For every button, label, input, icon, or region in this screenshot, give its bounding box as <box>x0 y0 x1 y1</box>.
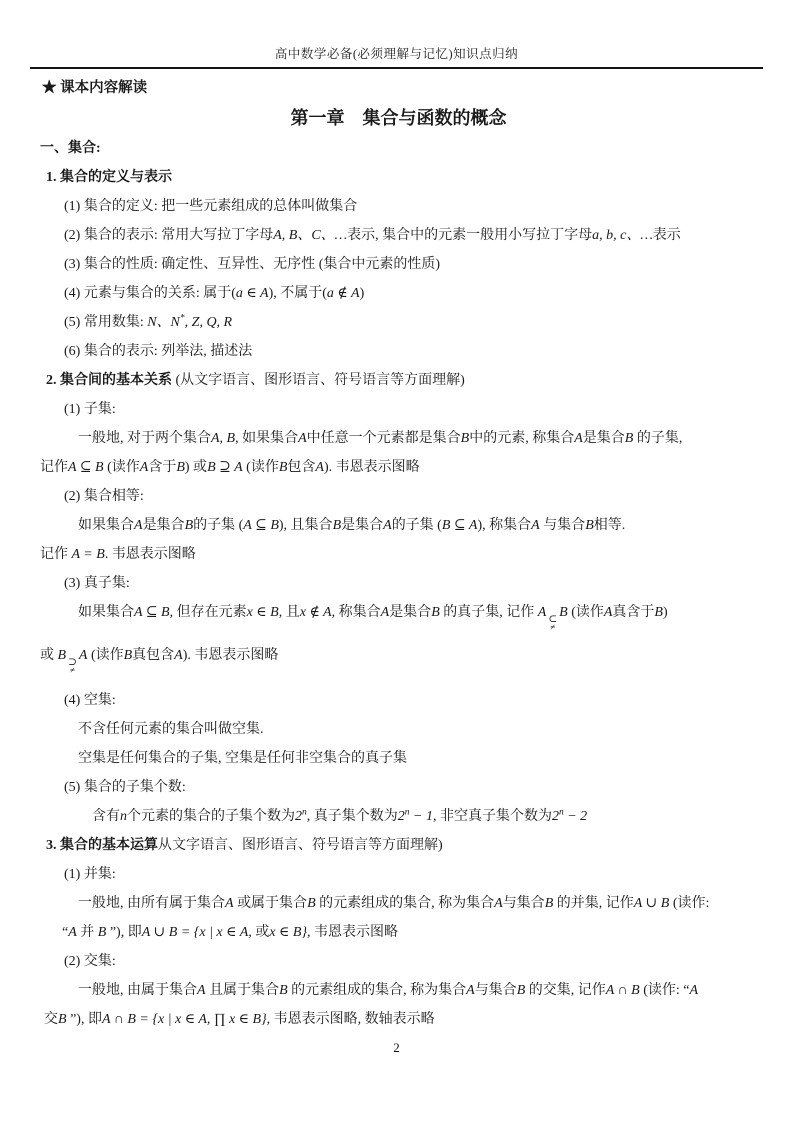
text-run: ), 且集合 <box>279 518 333 533</box>
math-run: A = B <box>72 547 105 562</box>
math-run: A ⊆ B <box>68 460 104 475</box>
section-2: 2. 集合间的基本关系 (从文字语言、图形语言、符号语言等方面理解) <box>46 370 757 392</box>
text-run: (5) 集合的子集个数: <box>64 780 186 795</box>
text-run: 是集合 <box>143 518 185 533</box>
text-run: 记作 <box>40 460 68 475</box>
item-2-3: (3) 真子集: <box>64 573 757 595</box>
text-run: (读作 <box>104 460 140 475</box>
para-proper-2: 或 B⊃≠A (读作B真包含A). 韦恩表示图略 <box>40 645 757 674</box>
text-run: 与集合 <box>540 518 586 533</box>
text-run: (2) 交集: <box>64 954 116 969</box>
item-1-2: (2) 集合的表示: 常用大写拉丁字母A, B、C、…表示, 集合中的元素一般用… <box>64 225 757 247</box>
text-run: 一般地, 对于两个集合 <box>78 431 211 446</box>
text-run: 的交集, 记作 <box>525 983 606 998</box>
text-run: 一般地, 由所有属于集合 <box>78 896 225 911</box>
text-run: 是集合 <box>583 431 625 446</box>
para-union: 一般地, 由所有属于集合A 或属于集合B 的元素组成的集合, 称为集合A与集合B… <box>78 893 757 915</box>
text-run: 的元素组成的集合, 称为集合 <box>288 983 467 998</box>
item-2-1: (1) 子集: <box>64 399 757 421</box>
math-run: A ∩ B <box>606 983 640 998</box>
text-run: 的子集, <box>633 431 682 446</box>
math-run: 2 <box>295 809 302 824</box>
math-run: N、N <box>147 315 180 330</box>
text-run: 表示, 集合中的元素一般用小写拉丁字母 <box>347 228 592 243</box>
text-run: 2. 集合间的基本关系 <box>46 373 172 388</box>
math-run: A, B <box>211 431 235 446</box>
text-run: 不含任何元素的集合叫做空集. <box>78 722 264 737</box>
page-header: 高中数学必备(必须理解与记忆)知识点归纳 <box>0 0 793 62</box>
text-run: 或 <box>255 925 269 940</box>
text-run: , 如果集合 <box>235 431 298 446</box>
math-run: x ∈ B} <box>269 925 307 940</box>
text-run: 交 <box>44 1012 58 1027</box>
math-run: A <box>574 431 583 446</box>
item-1-5: (5) 常用数集: N、N*, Z, Q, R <box>64 312 757 334</box>
math-run: A <box>689 983 698 998</box>
math-run: A <box>197 983 206 998</box>
text-run: 第一章 集合与函数的概念 <box>291 108 507 128</box>
math-run: B <box>517 983 526 998</box>
text-run: ★ 课本内容解读 <box>42 80 147 96</box>
text-run: (6) 集合的表示: 列举法, 描述法 <box>64 344 252 359</box>
text-run: ) 或 <box>185 460 207 475</box>
text-run: 含于 <box>148 460 176 475</box>
para-union-2: “A 并 B ”), 即A ∪ B = {x | x ∈ A, 或x ∈ B},… <box>62 922 757 944</box>
text-run: 或属于集合 <box>234 896 308 911</box>
math-run: B <box>279 983 288 998</box>
item-3-1: (1) 并集: <box>64 864 757 886</box>
text-run: , 非空真子集个数为 <box>433 809 552 824</box>
document-body: ★ 课本内容解读第一章 集合与函数的概念一、集合:1. 集合的定义与表示(1) … <box>0 69 793 1031</box>
text-run: 一、集合: <box>40 141 101 156</box>
text-run: (3) 真子集: <box>64 576 130 591</box>
text-run: , 韦恩表示图略, 数轴表示略 <box>267 1012 435 1027</box>
math-run: {x | x ∈ A, ∏ x ∈ B} <box>152 1012 266 1027</box>
math-run: A ∪ B = <box>142 925 194 940</box>
note-star: ★ 课本内容解读 <box>42 77 757 99</box>
math-run: A <box>315 460 324 475</box>
math-run: A <box>381 605 390 620</box>
item-1-1: (1) 集合的定义: 把一些元素组成的总体叫做集合 <box>64 196 757 218</box>
chapter-title: 第一章 集合与函数的概念 <box>40 106 757 130</box>
math-run: B ⊇ A <box>207 460 243 475</box>
math-run: A <box>134 518 143 533</box>
text-run: 相等. <box>594 518 626 533</box>
text-run: (读作 <box>243 460 279 475</box>
math-run: n <box>120 809 127 824</box>
math-run: B <box>307 896 316 911</box>
math-run: A <box>68 925 77 940</box>
text-run: ”), 即 <box>106 925 141 940</box>
text-run: (从文字语言、图形语言、符号语言等方面理解) <box>172 373 465 388</box>
text-run: 如果集合 <box>78 518 134 533</box>
text-run: (读作: <box>669 896 709 911</box>
proper-subset-symbol: ⊃≠ <box>68 659 77 674</box>
text-run: , 但存在元素 <box>170 605 247 620</box>
item-1-3: (3) 集合的性质: 确定性、互异性、无序性 (集合中元素的性质) <box>64 254 757 276</box>
text-run: 并 <box>77 925 98 940</box>
proper-subset-symbol: ⊂≠ <box>548 616 557 631</box>
para-subset: 一般地, 对于两个集合A, B, 如果集合A中任意一个元素都是集合B中的元素, … <box>78 428 757 450</box>
text-run: 真包含 <box>132 648 174 663</box>
math-run: A <box>538 605 547 620</box>
section-yi: 一、集合: <box>40 138 757 160</box>
text-run: , 且 <box>279 605 300 620</box>
text-run: 一般地, 由属于集合 <box>78 983 197 998</box>
math-run: B ⊆ A <box>442 518 478 533</box>
text-run: (2) 集合的表示: 常用大写拉丁字母 <box>64 228 273 243</box>
text-run: (读作: “ <box>640 983 690 998</box>
text-run: ), 称集合 <box>477 518 531 533</box>
math-run: B <box>185 518 194 533</box>
text-run: , 真子集个数为 <box>307 809 398 824</box>
math-run: a ∉ A <box>327 286 360 301</box>
text-run: , 称集合 <box>332 605 381 620</box>
text-run: 是集合 <box>389 605 431 620</box>
text-run: ”), 即 <box>67 1012 102 1027</box>
math-run: A <box>494 896 503 911</box>
para-subset-2: 记作A ⊆ B (读作A含于B) 或B ⊇ A (读作B包含A). 韦恩表示图略 <box>40 457 757 479</box>
text-run: (4) 元素与集合的关系: 属于( <box>64 286 236 301</box>
math-run: , Z, Q, R <box>185 315 232 330</box>
text-run: (4) 空集: <box>64 693 116 708</box>
text-run: 且属于集合 <box>206 983 280 998</box>
math-run: A ∩ B = <box>102 1012 152 1027</box>
para-intersect-2: 交B ”), 即A ∩ B = {x | x ∈ A, ∏ x ∈ B}, 韦恩… <box>44 1009 757 1031</box>
item-2-5: (5) 集合的子集个数: <box>64 777 757 799</box>
item-2-2: (2) 集合相等: <box>64 486 757 508</box>
text-run: (3) 集合的性质: 确定性、互异性、无序性 (集合中元素的性质) <box>64 257 440 272</box>
text-run: 或 <box>40 648 58 663</box>
text-run: (2) 集合相等: <box>64 489 144 504</box>
text-run: 是集合 <box>341 518 383 533</box>
text-run: . 韦恩表示图略 <box>105 547 196 562</box>
math-run: B <box>545 896 554 911</box>
text-run: 的元素组成的集合, 称为集合 <box>316 896 495 911</box>
text-run: ) <box>360 286 365 301</box>
text-run: 表示 <box>653 228 681 243</box>
text-run: , 韦恩表示图略 <box>307 925 398 940</box>
text-run: ). 韦恩表示图略 <box>324 460 420 475</box>
item-2-4: (4) 空集: <box>64 690 757 712</box>
text-run: 如果集合 <box>78 605 134 620</box>
text-run: 与集合 <box>475 983 517 998</box>
item-1-4: (4) 元素与集合的关系: 属于(a ∈ A), 不属于(a ∉ A) <box>64 283 757 305</box>
math-run: B <box>431 605 440 620</box>
math-run: A <box>174 648 183 663</box>
text-run: 与集合 <box>503 896 545 911</box>
text-run: 的子集 ( <box>193 518 243 533</box>
para-count: 含有n个元素的集合的子集个数为2n, 真子集个数为2n − 1, 非空真子集个数… <box>92 806 757 828</box>
para-equal: 如果集合A是集合B的子集 (A ⊆ B), 且集合B是集合A的子集 (B ⊆ A… <box>78 515 757 537</box>
text-run: 记作 <box>40 547 72 562</box>
math-run: x ∈ B <box>247 605 279 620</box>
section-1: 1. 集合的定义与表示 <box>46 167 757 189</box>
text-run: 真含于 <box>612 605 654 620</box>
text-run: 空集是任何集合的子集, 空集是任何非空集合的真子集 <box>78 751 407 766</box>
text-run: ). 韦恩表示图略 <box>183 648 279 663</box>
para-equal-2: 记作 A = B. 韦恩表示图略 <box>40 544 757 566</box>
text-run: 包含 <box>287 460 315 475</box>
math-run: x ∉ A <box>300 605 332 620</box>
para-empty-1: 不含任何元素的集合叫做空集. <box>78 719 757 741</box>
math-run: − 1 <box>410 809 433 824</box>
text-run: 的子集 ( <box>392 518 442 533</box>
para-intersect: 一般地, 由属于集合A 且属于集合B 的元素组成的集合, 称为集合A与集合B 的… <box>78 980 757 1002</box>
math-run: B <box>58 1012 67 1027</box>
text-run: 从文字语言、图形语言、符号语言等方面理解) <box>158 838 443 853</box>
para-empty-2: 空集是任何集合的子集, 空集是任何非空集合的真子集 <box>78 748 757 770</box>
math-run: 2 <box>552 809 559 824</box>
page-number: 2 <box>0 1040 793 1056</box>
section-3: 3. 集合的基本运算从文字语言、图形语言、符号语言等方面理解) <box>46 835 757 857</box>
text-run: ) <box>663 605 668 620</box>
math-run: − 2 <box>564 809 587 824</box>
text-run: 中的元素, 称集合 <box>469 431 574 446</box>
document-page: 高中数学必备(必须理解与记忆)知识点归纳 ★ 课本内容解读第一章 集合与函数的概… <box>0 0 793 1122</box>
item-3-2: (2) 交集: <box>64 951 757 973</box>
text-run: (1) 子集: <box>64 402 116 417</box>
math-run: B <box>58 648 67 663</box>
text-run: 3. 集合的基本运算 <box>46 838 158 853</box>
math-run: A <box>466 983 475 998</box>
text-run: (1) 集合的定义: 把一些元素组成的总体叫做集合 <box>64 199 357 214</box>
math-run: a, b, c、… <box>592 228 653 243</box>
math-run: {x | x ∈ A, <box>194 925 256 940</box>
math-run: A ∪ B <box>634 896 670 911</box>
math-run: B <box>654 605 663 620</box>
item-1-6: (6) 集合的表示: 列举法, 描述法 <box>64 341 757 363</box>
math-run: A <box>531 518 540 533</box>
text-run: (5) 常用数集: <box>64 315 147 330</box>
math-run: B <box>585 518 594 533</box>
text-run: ), 不属于( <box>269 286 327 301</box>
math-run: A ⊆ B <box>134 605 170 620</box>
text-run: 中任意一个元素都是集合 <box>307 431 461 446</box>
text-run: 的并集, 记作 <box>553 896 634 911</box>
text-run: 1. 集合的定义与表示 <box>46 170 172 185</box>
text-run: (1) 并集: <box>64 867 116 882</box>
math-run: A, B、C、… <box>273 228 347 243</box>
math-run: B <box>461 431 470 446</box>
math-run: B <box>333 518 342 533</box>
math-run: A <box>383 518 392 533</box>
math-run: B <box>176 460 185 475</box>
math-run: A <box>298 431 307 446</box>
para-proper: 如果集合A ⊆ B, 但存在元素x ∈ B, 且x ∉ A, 称集合A是集合B … <box>78 602 757 631</box>
math-run: a ∈ A <box>236 286 269 301</box>
math-run: B <box>559 605 568 620</box>
text-run: (读作 <box>87 648 123 663</box>
math-run: B <box>124 648 133 663</box>
text-run: (读作 <box>568 605 604 620</box>
text-run: 含有 <box>92 809 120 824</box>
math-run: A ⊆ B <box>243 518 279 533</box>
math-run: 2 <box>398 809 405 824</box>
math-run: A <box>225 896 234 911</box>
text-run: 个元素的集合的子集个数为 <box>127 809 295 824</box>
text-run: 的真子集, 记作 <box>440 605 538 620</box>
